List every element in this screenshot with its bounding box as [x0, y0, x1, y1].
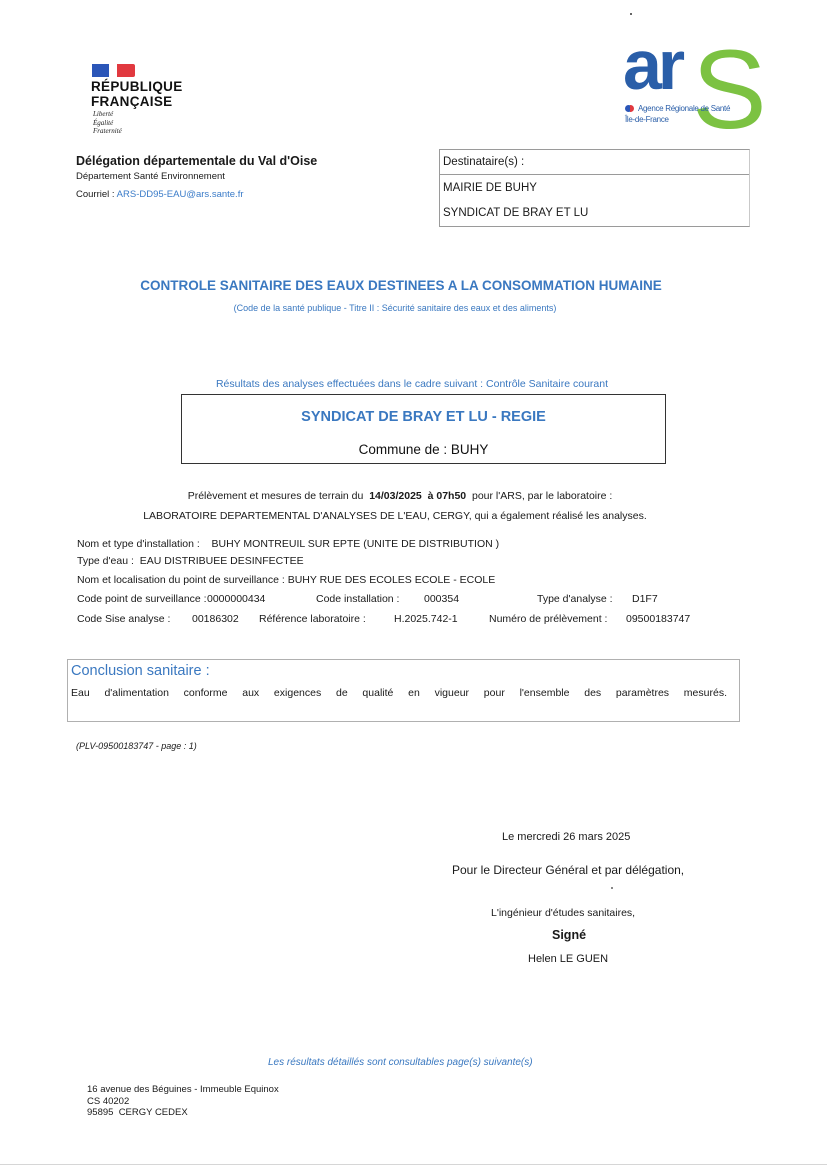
bottom-scan-edge	[0, 1164, 827, 1165]
signature-on-behalf: Pour le Directeur Général et par délégat…	[452, 863, 684, 877]
lab-ref-label: Référence laboratoire :	[259, 613, 366, 625]
code-point-value: 0000000434	[207, 593, 265, 605]
signature-role: L'ingénieur d'études sanitaires,	[491, 907, 635, 919]
republic-logo-title: RÉPUBLIQUE FRANÇAISE	[91, 79, 183, 109]
analysis-type-value: D1F7	[632, 593, 658, 605]
code-point-label: Code point de surveillance :	[77, 593, 207, 605]
conclusion-title: Conclusion sanitaire :	[71, 663, 210, 679]
sampling-statement: Prélèvement et mesures de terrain du 14/…	[0, 490, 800, 502]
sample-number-value: 09500183747	[626, 613, 690, 625]
recipients-label: Destinataire(s) :	[440, 150, 749, 175]
sise-label: Code Sise analyse :	[77, 613, 170, 625]
recipient-item: SYNDICAT DE BRAY ET LU	[440, 201, 749, 225]
signature-signed: Signé	[552, 928, 586, 942]
surveillance-point-line: Nom et localisation du point de surveill…	[77, 574, 495, 586]
signature-date: Le mercredi 26 mars 2025	[502, 831, 630, 843]
motto-egalite: Égalité	[93, 119, 122, 128]
ars-logo-letters: ar	[623, 30, 681, 100]
distribution-unit-box: SYNDICAT DE BRAY ET LU - REGIE Commune d…	[181, 394, 666, 464]
laboratory-line: LABORATOIRE DEPARTEMENTAL D'ANALYSES DE …	[0, 510, 790, 522]
lab-ref-value: H.2025.742-1	[394, 613, 458, 625]
water-type-value: EAU DISTRIBUEE DESINFECTEE	[140, 555, 304, 567]
sender-email-line: Courriel : ARS-DD95-EAU@ars.sante.fr	[76, 189, 244, 200]
sender-title: Délégation départementale du Val d'Oise	[76, 154, 317, 168]
document-title: CONTROLE SANITAIRE DES EAUX DESTINEES A …	[0, 278, 802, 293]
republic-motto: Liberté Égalité Fraternité	[93, 110, 122, 136]
republic-title-line1: RÉPUBLIQUE	[91, 79, 183, 94]
installation-value: BUHY MONTREUIL SUR EPTE (UNITE DE DISTRI…	[212, 538, 500, 550]
sampling-date: 14/03/2025	[369, 490, 422, 502]
code-installation-value: 000354	[424, 593, 459, 605]
ars-logo-s: S	[692, 34, 767, 146]
ars-agency-name: Agence Régionale de Santé	[638, 104, 730, 113]
document-subtitle: (Code de la santé publique - Titre II : …	[0, 303, 790, 313]
conclusion-text: Eau d'alimentation conforme aux exigence…	[71, 687, 727, 699]
analysis-type-label: Type d'analyse :	[537, 593, 613, 605]
detailed-results-note: Les résultats détaillés sont consultable…	[268, 1057, 533, 1068]
sender-department: Département Santé Environnement	[76, 171, 225, 182]
analysis-context: Résultats des analyses effectuées dans l…	[0, 378, 824, 390]
installation-label: Nom et type d'installation :	[77, 538, 200, 550]
ars-flag-dots-icon	[625, 105, 635, 113]
signature-name: Helen LE GUEN	[528, 953, 608, 965]
sampling-prefix: Prélèvement et mesures de terrain du	[188, 490, 364, 502]
address-line2: CS 40202	[87, 1096, 279, 1108]
conclusion-box: Conclusion sanitaire : Eau d'alimentatio…	[67, 659, 740, 722]
address-line1: 16 avenue des Béguines - Immeuble Equino…	[87, 1084, 279, 1096]
surveillance-point-value: BUHY RUE DES ECOLES ECOLE - ECOLE	[288, 574, 496, 586]
code-installation-label: Code installation :	[316, 593, 399, 605]
unit-name: SYNDICAT DE BRAY ET LU - REGIE	[182, 409, 665, 425]
motto-liberte: Liberté	[93, 110, 122, 119]
sample-number-label: Numéro de prélèvement :	[489, 613, 607, 625]
sampling-suffix: pour l'ARS, par le laboratoire :	[472, 490, 612, 502]
french-flag-icon	[92, 64, 135, 77]
page-reference: (PLV-09500183747 - page : 1)	[76, 741, 197, 751]
ars-region-name: Île-de-France	[625, 115, 669, 124]
installation-line: Nom et type d'installation : BUHY MONTRE…	[77, 538, 499, 550]
office-address: 16 avenue des Béguines - Immeuble Equino…	[87, 1084, 279, 1119]
recipients-box: Destinataire(s) : MAIRIE DE BUHY SYNDICA…	[439, 149, 750, 227]
scan-dot	[611, 887, 613, 889]
water-type-label: Type d'eau :	[77, 555, 134, 567]
ars-logo: ar S Agence Régionale de Santé Île-de-Fr…	[620, 44, 760, 144]
sampling-time: à 07h50	[428, 490, 467, 502]
sise-value: 00186302	[192, 613, 239, 625]
email-label: Courriel :	[76, 189, 117, 200]
motto-fraternite: Fraternité	[93, 127, 122, 136]
surveillance-point-label: Nom et localisation du point de surveill…	[77, 574, 285, 586]
address-line3: 95895 CERGY CEDEX	[87, 1107, 279, 1119]
recipient-item: MAIRIE DE BUHY	[440, 176, 749, 200]
email-link[interactable]: ARS-DD95-EAU@ars.sante.fr	[117, 189, 244, 200]
water-type-line: Type d'eau : EAU DISTRIBUEE DESINFECTEE	[77, 555, 304, 567]
republic-title-line2: FRANÇAISE	[91, 94, 183, 109]
unit-commune: Commune de : BUHY	[182, 442, 665, 457]
scan-speck	[630, 13, 632, 15]
